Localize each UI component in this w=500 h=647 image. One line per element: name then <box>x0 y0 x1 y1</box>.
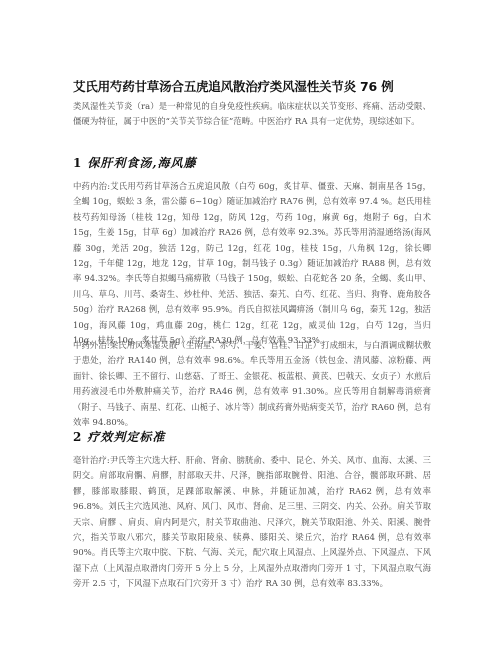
section-2-paragraph-acupuncture: 毫针治疗:尹氏等主穴选大杼、肝俞、肾俞、膀胱俞、委中、昆仑、外关、风市、血海、太… <box>73 453 431 592</box>
document-title: 艾氏用芍药甘草汤合五虎追风散治疗类风湿性关节炎 76 例 <box>73 77 433 95</box>
section-title: 疗效判定标准 <box>87 430 165 444</box>
section-number: 2 <box>73 430 81 444</box>
section-1-paragraph-external: 中药外治:梁氏用风寒湿灵散（生南星、赤芍、干姜、官桂、白芷）打成细末，与白酒调成… <box>73 338 431 430</box>
section-number: 1 <box>73 156 81 170</box>
section-title: 保肝利食汤,海风藤 <box>87 156 196 170</box>
intro-paragraph: 类风湿性关节炎（ra）是一种常见的自身免疫性疾病。临床症状以关节变形、疼痛、活动… <box>73 99 431 130</box>
section-2-heading: 2疗效判定标准 <box>73 428 165 445</box>
section-1-paragraph-internal: 中药内治:艾氏用芍药甘草汤合五虎追风散（白芍 60g，炙甘草、僵蚕、天麻、制南星… <box>73 179 431 348</box>
section-1-heading: 1保肝利食汤,海风藤 <box>73 154 197 171</box>
